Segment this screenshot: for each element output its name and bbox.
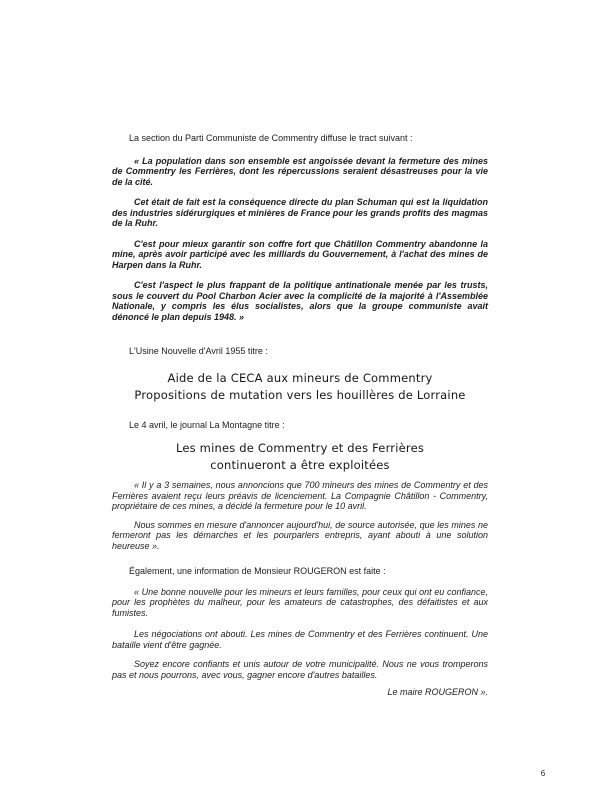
- rougeron-quote-paragraph: Soyez encore confiants et unis autour de…: [112, 659, 488, 680]
- rougeron-quote-paragraph: Les négociations ont abouti. Les mines d…: [112, 629, 488, 650]
- headline-line: Aide de la CECA aux mineurs de Commentry: [168, 371, 433, 385]
- tract-paragraph: C'est pour mieux garantir son coffre for…: [112, 239, 488, 271]
- la-montagne-quote-paragraph: Nous sommes en mesure d'annoncer aujourd…: [112, 520, 488, 552]
- signature-line: Le maire ROUGERON ».: [112, 687, 488, 698]
- headline-line: continueront a être exploitées: [210, 458, 390, 472]
- la-montagne-intro-line: Le 4 avril, le journal La Montagne titre…: [112, 420, 488, 431]
- la-montagne-headline: Les mines de Commentry et des Ferrières …: [112, 440, 488, 474]
- headline-line: Propositions de mutation vers les houill…: [134, 388, 465, 402]
- tract-paragraph: « La population dans son ensemble est an…: [112, 156, 488, 188]
- document-body: La section du Parti Communiste de Commen…: [112, 133, 488, 698]
- rougeron-intro-line: Également, une information de Monsieur R…: [112, 566, 488, 577]
- tract-intro-line: La section du Parti Communiste de Commen…: [112, 133, 488, 144]
- page-number: 6: [536, 769, 550, 778]
- usine-nouvelle-intro-line: L'Usine Nouvelle d'Avril 1955 titre :: [112, 346, 488, 357]
- headline-line: Les mines de Commentry et des Ferrières: [176, 441, 424, 455]
- tract-paragraph: Cet était de fait est la conséquence dir…: [112, 197, 488, 229]
- rougeron-quote-paragraph: « Une bonne nouvelle pour les mineurs et…: [112, 587, 488, 619]
- tract-paragraph: C'est l'aspect le plus frappant de la po…: [112, 280, 488, 322]
- usine-nouvelle-headline: Aide de la CECA aux mineurs de Commentry…: [112, 370, 488, 404]
- la-montagne-quote-paragraph: « Il y a 3 semaines, nous annoncions que…: [112, 480, 488, 512]
- document-page: La section du Parti Communiste de Commen…: [0, 0, 600, 800]
